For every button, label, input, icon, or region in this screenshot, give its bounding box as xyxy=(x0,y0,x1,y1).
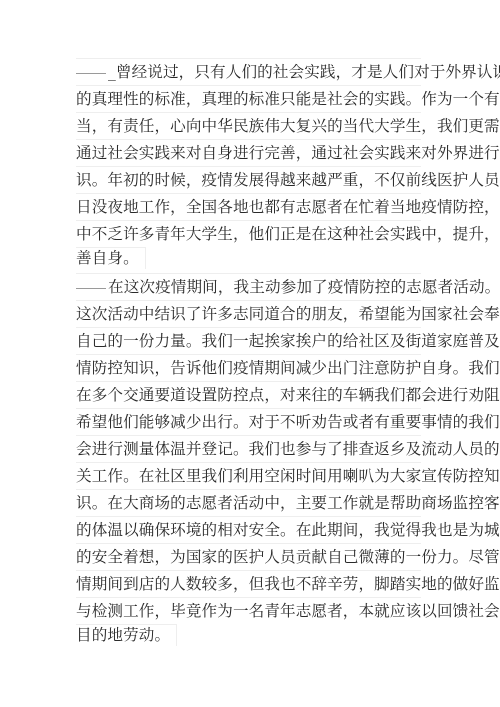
text-line: 情防控知识，告诉他们疫情期间减少出门注意防护自身。我们也 xyxy=(76,354,421,381)
text-line: 日没夜地工作，全国各地也都有志愿者在忙着当地疫情防控，其 xyxy=(76,193,421,220)
text-line: 的真理性的标准，真理的标准只能是社会的实践。作为一个有担 xyxy=(76,85,421,112)
line-text: 中不乏许多青年大学生，他们正是在这种社会实践中，提升，完 xyxy=(76,225,500,243)
line-text: 自己的一份力量。我们一起挨家挨户的给社区及街道家庭普及疫 xyxy=(76,332,500,350)
text-line: 识。年初的时候，疫情发展得越来越严重，不仅前线医护人员没 xyxy=(76,166,421,193)
line-text: 识。在大商场的志愿者活动中，主要工作就是帮助商场监控客人 xyxy=(76,494,500,512)
paragraph-2: 在这次疫情期间，我主动参加了疫情防控的志愿者活动。在 这次活动中结识了许多志同道… xyxy=(76,273,421,646)
line-text: 这次活动中结识了许多志同道合的朋友，希望能为国家社会奉献 xyxy=(76,305,500,323)
line-text: 会进行测量体温并登记。我们也参与了排查返乡及流动人员的相 xyxy=(76,440,500,458)
text-line: 善自身。 xyxy=(76,247,146,269)
line-text: 目的地劳动。 xyxy=(76,626,170,644)
line-text: 情防控知识，告诉他们疫情期间减少出门注意防护自身。我们也 xyxy=(76,359,500,377)
text-line: 通过社会实践来对自身进行完善，通过社会实践来对外界进行认 xyxy=(76,139,421,166)
text-line: 目的地劳动。 xyxy=(76,624,177,646)
line-text: 的体温以确保环境的相对安全。在此期间，我觉得我也是为城市 xyxy=(76,521,500,539)
text-line: 会进行测量体温并登记。我们也参与了排查返乡及流动人员的相 xyxy=(76,435,421,462)
text-line: 这次活动中结识了许多志同道合的朋友，希望能为国家社会奉献 xyxy=(76,300,421,327)
text-line: 关工作。在社区里我们利用空闲时间用喇叭为大家宣传防控知 xyxy=(76,462,421,489)
document-page: _曾经说过，只有人们的社会实践，才是人们对于外界认识 的真理性的标准，真理的标准… xyxy=(0,0,500,707)
line-text: 通过社会实践来对自身进行完善，通过社会实践来对外界进行认 xyxy=(76,144,500,162)
text-line: 当，有责任，心向中华民族伟大复兴的当代大学生，我们更需要 xyxy=(76,112,421,139)
indent-rule xyxy=(76,287,106,289)
line-text: 情期间到店的人数较多，但我也不辞辛劳，脚踏实地的做好监控 xyxy=(76,575,500,593)
line-text: 日没夜地工作，全国各地也都有志愿者在忙着当地疫情防控，其 xyxy=(76,198,500,216)
line-text: 的安全着想，为国家的医护人员贡献自己微薄的一份力。尽管疫 xyxy=(76,548,500,566)
text-line: 自己的一份力量。我们一起挨家挨户的给社区及街道家庭普及疫 xyxy=(76,327,421,354)
text-line: 的体温以确保环境的相对安全。在此期间，我觉得我也是为城市 xyxy=(76,516,421,543)
line-text: 在这次疫情期间，我主动参加了疫情防控的志愿者活动。在 xyxy=(108,278,500,296)
line-text: 识。年初的时候，疫情发展得越来越严重，不仅前线医护人员没 xyxy=(76,171,500,189)
indent-rule xyxy=(76,72,106,74)
text-line: 在这次疫情期间，我主动参加了疫情防控的志愿者活动。在 xyxy=(76,273,421,300)
line-text: 的真理性的标准，真理的标准只能是社会的实践。作为一个有担 xyxy=(76,90,500,108)
line-text: 当，有责任，心向中华民族伟大复兴的当代大学生，我们更需要 xyxy=(76,117,500,135)
line-text: 在多个交通要道设置防控点，对来往的车辆我们都会进行劝阻， xyxy=(76,386,500,404)
line-text: _曾经说过，只有人们的社会实践，才是人们对于外界认识 xyxy=(108,63,500,81)
paragraph-1: _曾经说过，只有人们的社会实践，才是人们对于外界认识 的真理性的标准，真理的标准… xyxy=(76,58,421,269)
text-line: 希望他们能够减少出行。对于不听劝告或者有重要事情的我们都 xyxy=(76,408,421,435)
line-text: 善自身。 xyxy=(76,249,139,267)
text-line: 中不乏许多青年大学生，他们正是在这种社会实践中，提升，完 xyxy=(76,220,421,247)
line-text: 关工作。在社区里我们利用空闲时间用喇叭为大家宣传防控知 xyxy=(76,467,500,485)
text-line: 识。在大商场的志愿者活动中，主要工作就是帮助商场监控客人 xyxy=(76,489,421,516)
line-text: 希望他们能够减少出行。对于不听劝告或者有重要事情的我们都 xyxy=(76,413,500,431)
text-line: 与检测工作，毕竟作为一名青年志愿者，本就应该以回馈社会为 xyxy=(76,597,421,624)
line-text: 与检测工作，毕竟作为一名青年志愿者，本就应该以回馈社会为 xyxy=(76,602,500,620)
text-line: _曾经说过，只有人们的社会实践，才是人们对于外界认识 xyxy=(76,58,421,85)
text-line: 在多个交通要道设置防控点，对来往的车辆我们都会进行劝阻， xyxy=(76,381,421,408)
text-line: 的安全着想，为国家的医护人员贡献自己微薄的一份力。尽管疫 xyxy=(76,543,421,570)
text-line: 情期间到店的人数较多，但我也不辞辛劳，脚踏实地的做好监控 xyxy=(76,570,421,597)
